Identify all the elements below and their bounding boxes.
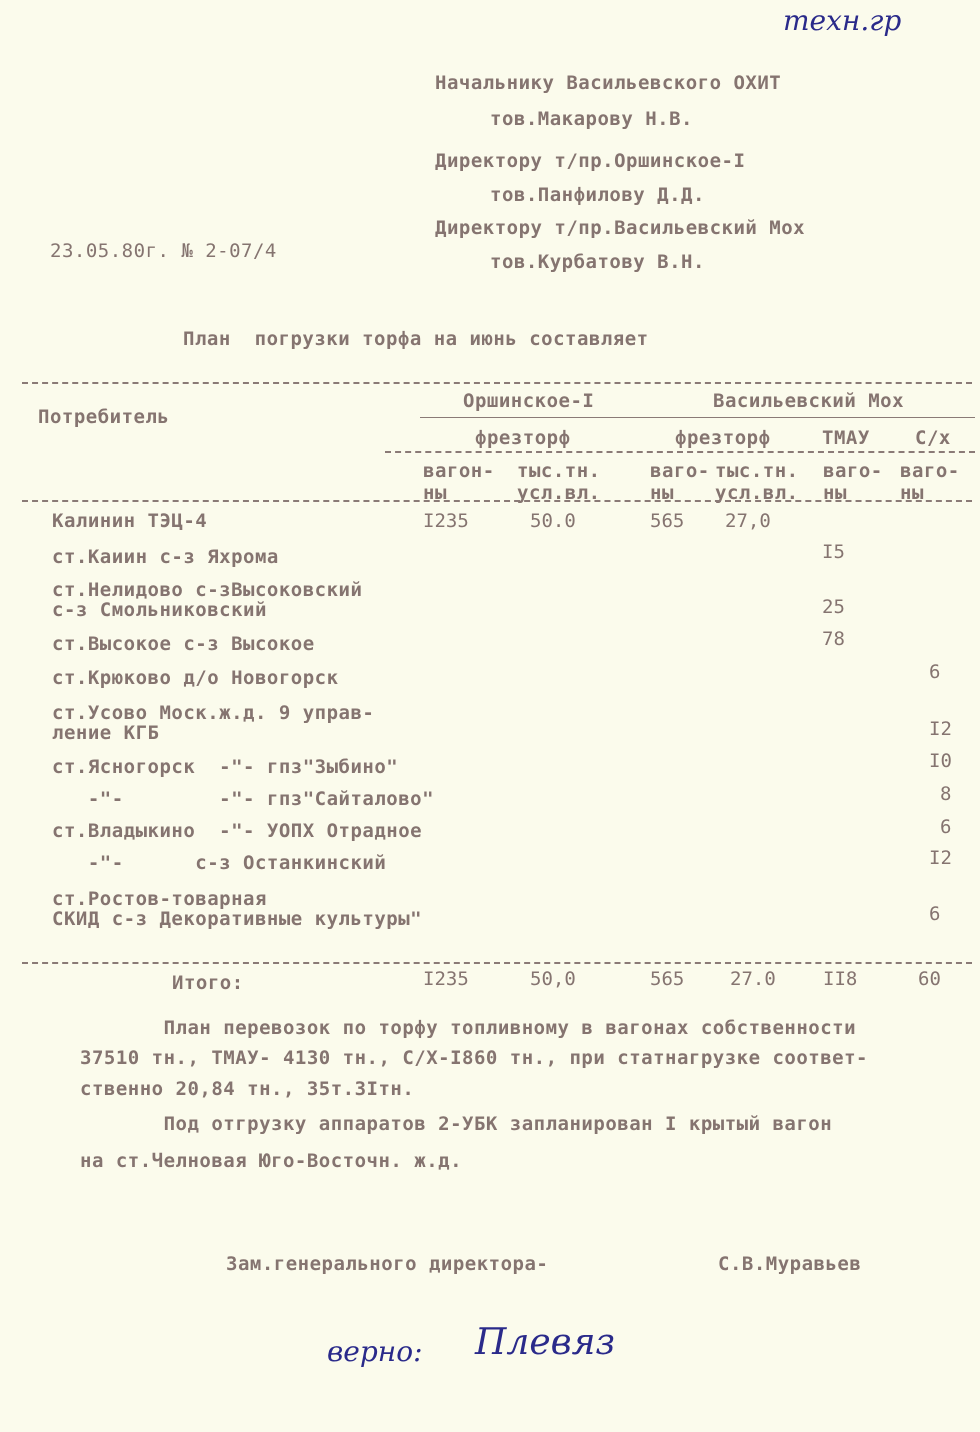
addressee-3-title: Директору т/пр.Васильевский Мох bbox=[435, 217, 805, 239]
row-name: -"- с-з Останкинский bbox=[52, 852, 386, 874]
row-name: ст.Высокое с-з Высокое bbox=[52, 633, 315, 655]
row-cell: 25 bbox=[822, 596, 845, 618]
total-cell: 565 bbox=[650, 968, 684, 990]
row-name-2: СКИД с-з Декоративные культуры" bbox=[52, 908, 422, 930]
row-cell: 6 bbox=[940, 816, 951, 838]
sub-header-agri: С/х bbox=[915, 427, 951, 449]
unit-6: ваго- bbox=[900, 460, 960, 482]
total-cell: 60 bbox=[918, 968, 941, 990]
row-cell: 50.0 bbox=[530, 510, 576, 532]
row-name: ст.Крюково д/о Новогорск bbox=[52, 667, 339, 689]
total-cell: 27.0 bbox=[730, 968, 776, 990]
unit-2: тыс.тн. bbox=[517, 460, 601, 482]
unit-5: ваго- bbox=[823, 460, 883, 482]
paragraph-1-line-3: ственно 20,84 тн., 35т.3Iтн. bbox=[80, 1078, 414, 1100]
corner-note: техн.гр bbox=[783, 4, 901, 37]
row-cell: 27,0 bbox=[725, 510, 771, 532]
total-label: Итого: bbox=[172, 972, 244, 994]
row-cell: I235 bbox=[423, 510, 469, 532]
signature-position: Зам.генерального директора- bbox=[226, 1253, 548, 1275]
addressee-1-name: тов.Макарову Н.В. bbox=[490, 108, 693, 130]
verified-signature: Плевяз bbox=[475, 1322, 615, 1363]
group-rule bbox=[420, 417, 975, 418]
total-rule bbox=[22, 962, 972, 964]
group-header-vasilyevsky: Васильевский Мох bbox=[713, 390, 904, 412]
row-name: ст.Владыкино -"- УОПХ Отрадное bbox=[52, 820, 422, 842]
total-cell: 50,0 bbox=[530, 968, 576, 990]
paragraph-2-line-1: Под отгрузку аппаратов 2-УБК запланирова… bbox=[80, 1113, 832, 1135]
addressee-1-title: Начальнику Васильевского ОХИТ bbox=[435, 72, 781, 94]
row-cell: 565 bbox=[650, 510, 684, 532]
row-name-2: ление КГБ bbox=[52, 722, 159, 744]
header-bottom-rule bbox=[22, 500, 972, 502]
row-name: ст.Нелидово с-зВысоковский bbox=[52, 579, 362, 601]
sub-header-tmau: ТМАУ bbox=[822, 427, 870, 449]
row-name: ст.Каиин с-з Яхрома bbox=[52, 546, 279, 568]
paragraph-1-line-1: План перевозок по торфу топливному в ваг… bbox=[80, 1017, 856, 1039]
group-header-orsha: Оршинское-I bbox=[463, 390, 594, 412]
unit-3: ваго- bbox=[650, 460, 710, 482]
row-name: -"- -"- гпз"Сайталово" bbox=[52, 788, 434, 810]
row-name-2: с-з Смольниковский bbox=[52, 599, 267, 621]
addressee-2-name: тов.Панфилову Д.Д. bbox=[490, 184, 705, 206]
signature-name: С.В.Муравьев bbox=[718, 1253, 861, 1275]
row-name: ст.Ростов-товарная bbox=[52, 888, 267, 910]
paragraph-2-line-2: на ст.Челновая Юго-Восточн. ж.д. bbox=[80, 1150, 462, 1172]
row-cell: 6 bbox=[929, 903, 940, 925]
row-cell: I2 bbox=[929, 718, 952, 740]
verified-label: верно: bbox=[327, 1335, 423, 1368]
row-cell: I0 bbox=[929, 750, 952, 772]
sub-header-frestorf-1: фрезторф bbox=[475, 427, 571, 449]
row-cell: 8 bbox=[940, 783, 951, 805]
row-cell: 78 bbox=[822, 628, 845, 650]
addressee-3-name: тов.Курбатову В.Н. bbox=[490, 251, 705, 273]
row-name: ст.Ясногорск -"- гпз"Зыбино" bbox=[52, 756, 398, 778]
paragraph-1-line-2: 37510 тн., ТМАУ- 4130 тн., С/Х-I860 тн.,… bbox=[80, 1047, 868, 1069]
row-name: ст.Усово Моск.ж.д. 9 управ- bbox=[52, 702, 374, 724]
unit-4: тыс.тн. bbox=[715, 460, 799, 482]
sub-rule bbox=[385, 451, 975, 453]
sub-header-frestorf-2: фрезторф bbox=[675, 427, 771, 449]
row-cell: 6 bbox=[929, 661, 940, 683]
document-title: План погрузки торфа на июнь составляет bbox=[183, 328, 649, 350]
row-cell: I2 bbox=[929, 847, 952, 869]
row-name: Калинин ТЭЦ-4 bbox=[52, 510, 207, 532]
date-reference: 23.05.80г. № 2-07/4 bbox=[50, 240, 277, 262]
total-cell: II8 bbox=[823, 968, 857, 990]
addressee-2-title: Директору т/пр.Оршинское-I bbox=[435, 150, 745, 172]
total-cell: I235 bbox=[423, 968, 469, 990]
consumer-header: Потребитель bbox=[38, 406, 169, 428]
unit-1: вагон- bbox=[423, 460, 495, 482]
row-cell: I5 bbox=[822, 541, 845, 563]
table-top-rule bbox=[22, 382, 972, 384]
